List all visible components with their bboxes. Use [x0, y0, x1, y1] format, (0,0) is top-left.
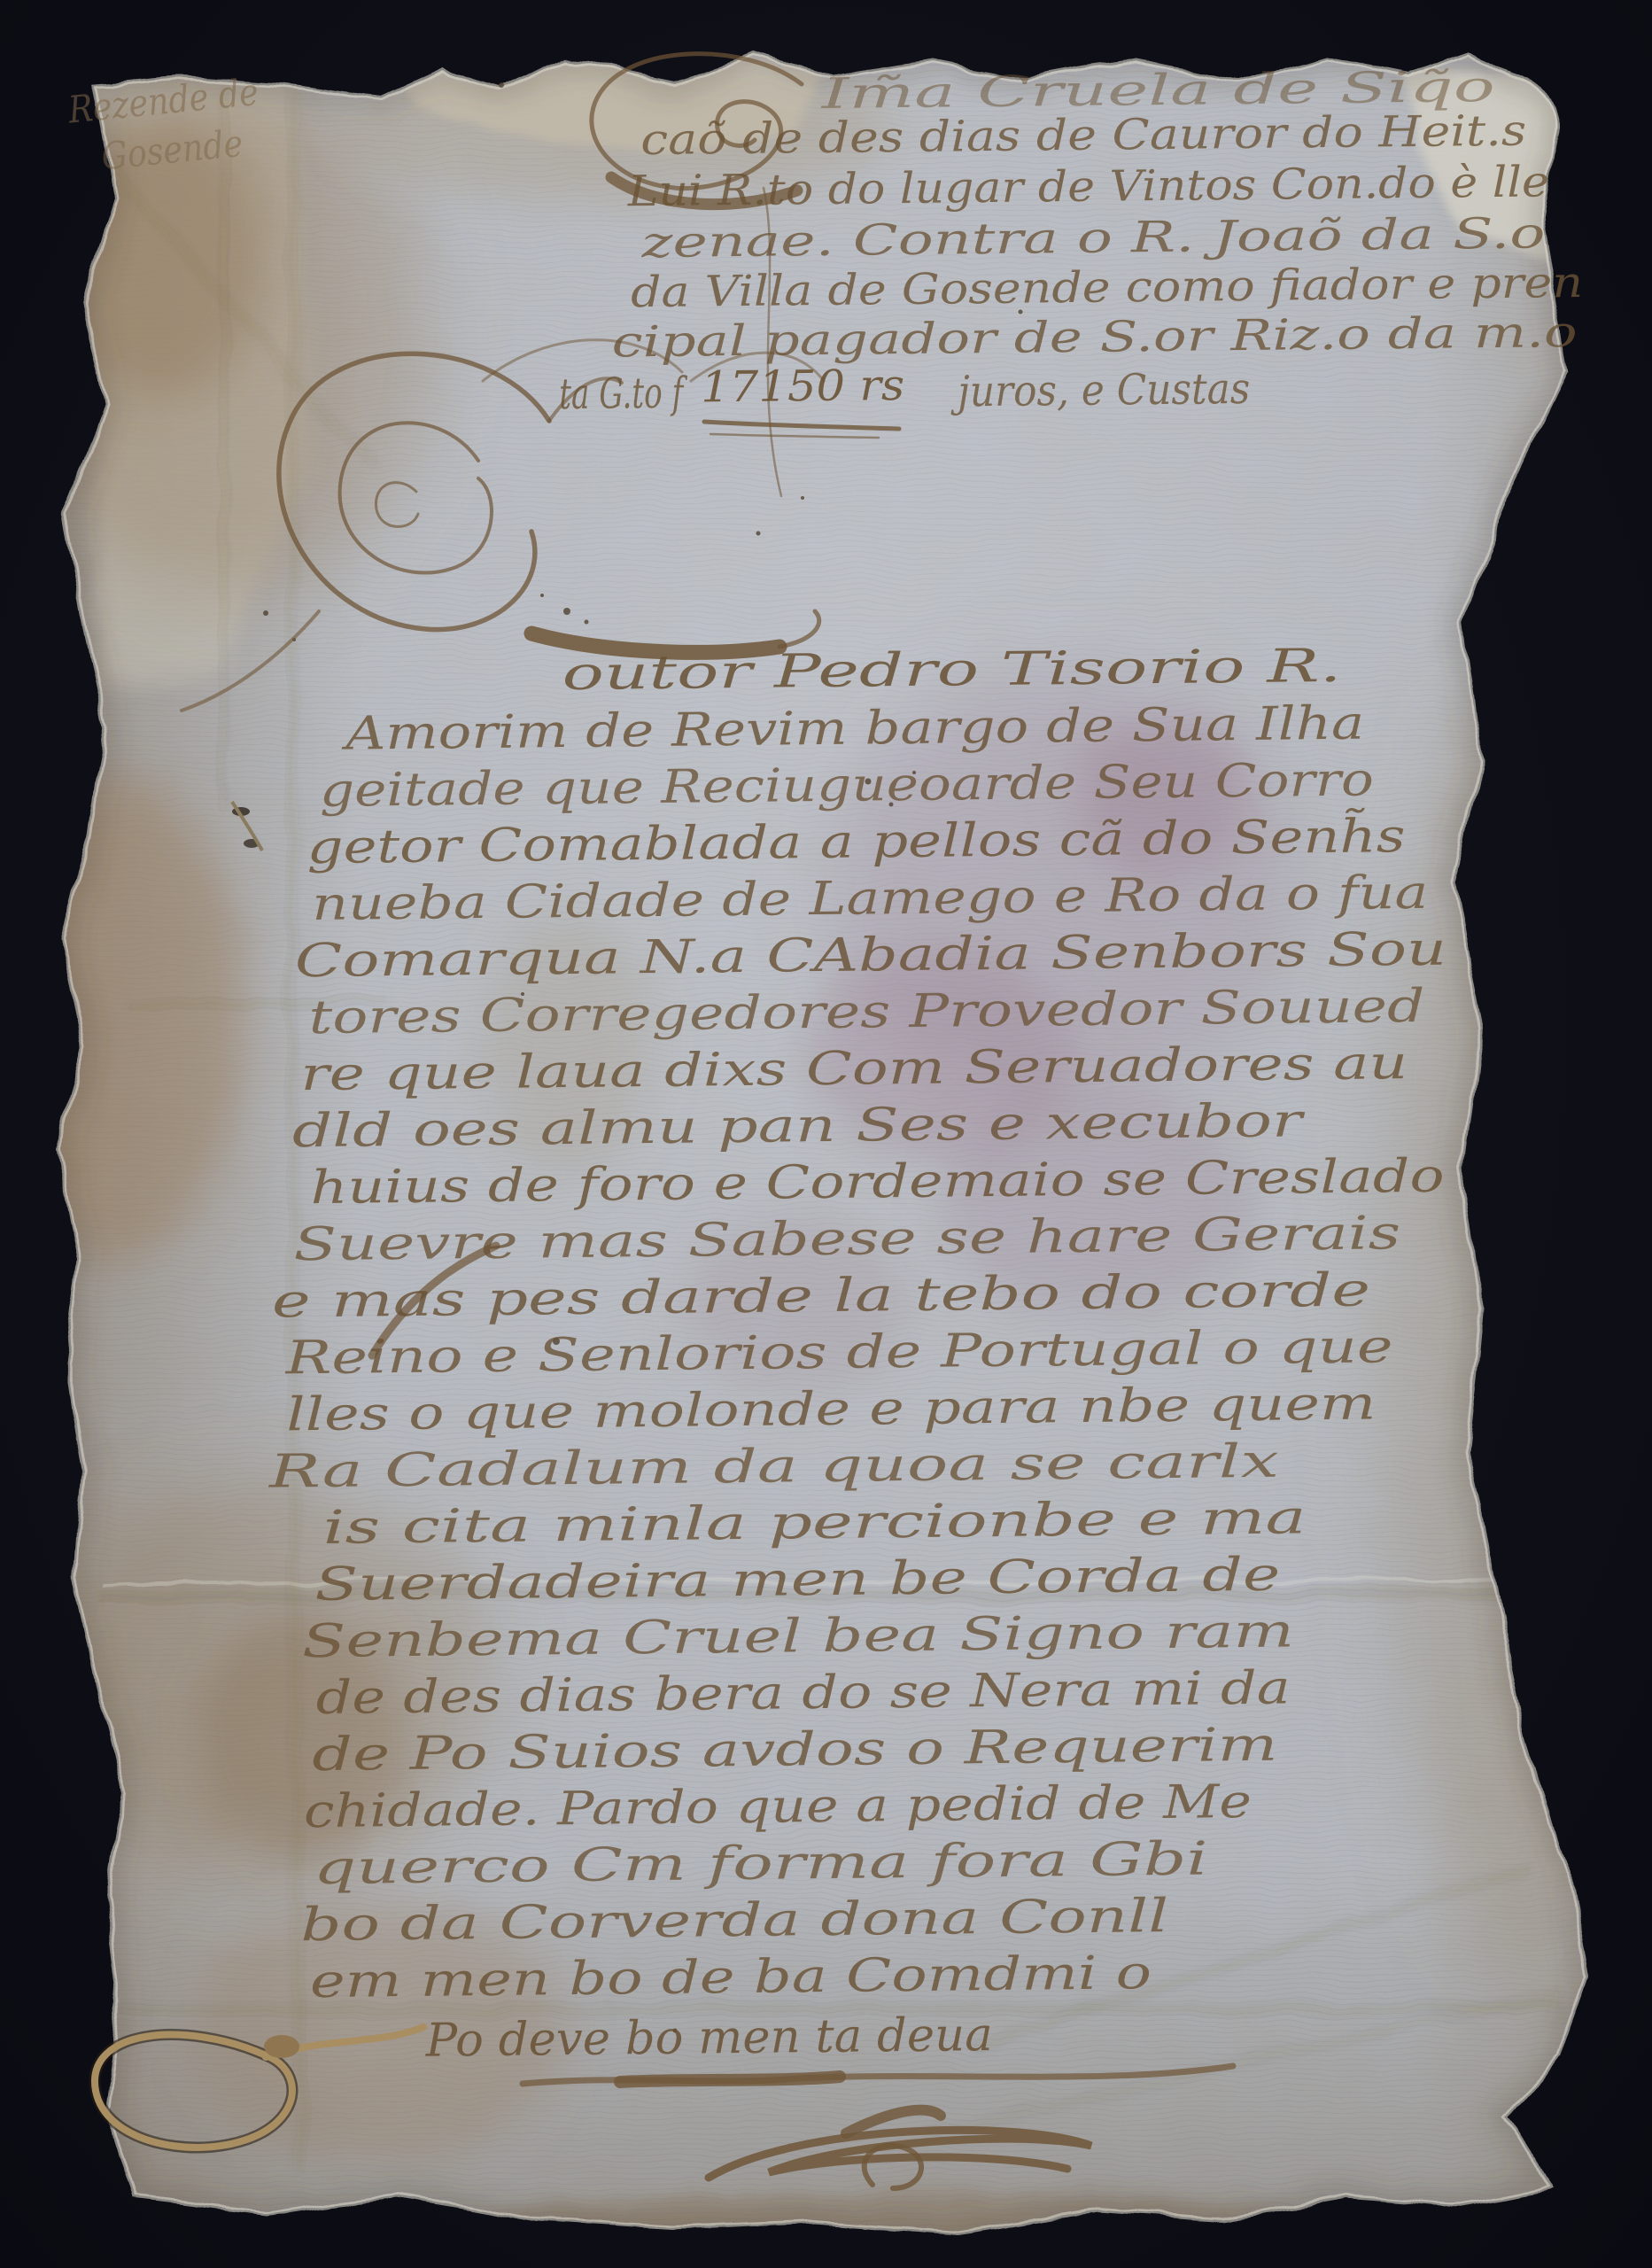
manuscript-photograph: Rezende de Gosende Im̃a Cruela de Siq̃o …: [0, 0, 1652, 2268]
body-line: chidade. Pardo que a pedid de Me: [304, 1775, 1253, 1838]
body-line: Amorim de Revim bargo de Sua Ilha: [341, 697, 1364, 761]
body-line: Senbema Cruel bea Signo ram: [302, 1604, 1295, 1668]
header-line: cipal pagador de S.or Riz.o da m.o: [611, 307, 1578, 367]
body-line: is cita minla percionbe e ma: [322, 1491, 1307, 1555]
body-closing-line: Po deve bo men ta deua: [424, 2008, 993, 2068]
twine-knot: [264, 2035, 299, 2058]
body-line: dld oes almu pan Ses e xecubor: [292, 1094, 1307, 1158]
ink-dot: [801, 496, 804, 500]
header-line: caõ de des dias de Cauror do Heit.s: [640, 106, 1527, 165]
body-line: Ra Cadalum da quoa se carlx: [268, 1435, 1279, 1499]
ink-dot: [263, 610, 268, 616]
body-line: de des dias bera do se Nera mi da: [315, 1662, 1291, 1726]
body-line: bo da Corverda dona Conll: [300, 1890, 1169, 1952]
manuscript-canvas: Rezende de Gosende Im̃a Cruela de Siq̃o …: [0, 0, 1652, 2268]
body-line: querco Cm forma fora Gbi: [313, 1833, 1208, 1896]
amount-value: 17150 rs: [701, 361, 905, 412]
body-initial-line: outor Pedro Tisorio R.: [562, 640, 1342, 701]
ink-dot: [563, 608, 570, 615]
ink-dot: [585, 620, 589, 625]
amount-suffix: juros, e Custas: [950, 364, 1251, 417]
header-line: Lui R.to do lugar de Vintos Con.do è lle: [626, 157, 1549, 216]
body-line: geitade que Reciugueoarde Seu Corro: [320, 753, 1375, 817]
closing-underline-bold: [620, 2077, 840, 2082]
body-line: em men bo de ba Comdmi o: [310, 1946, 1152, 2008]
ink-dot: [499, 82, 504, 88]
ink-dot: [756, 532, 761, 536]
body-line: de Po Suios avdos o Requerim: [312, 1719, 1278, 1782]
amount-prefix: ta G.to f: [559, 369, 688, 420]
ink-dot: [540, 594, 544, 597]
body-line: Suerdadeira men be Corda de: [314, 1549, 1281, 1612]
